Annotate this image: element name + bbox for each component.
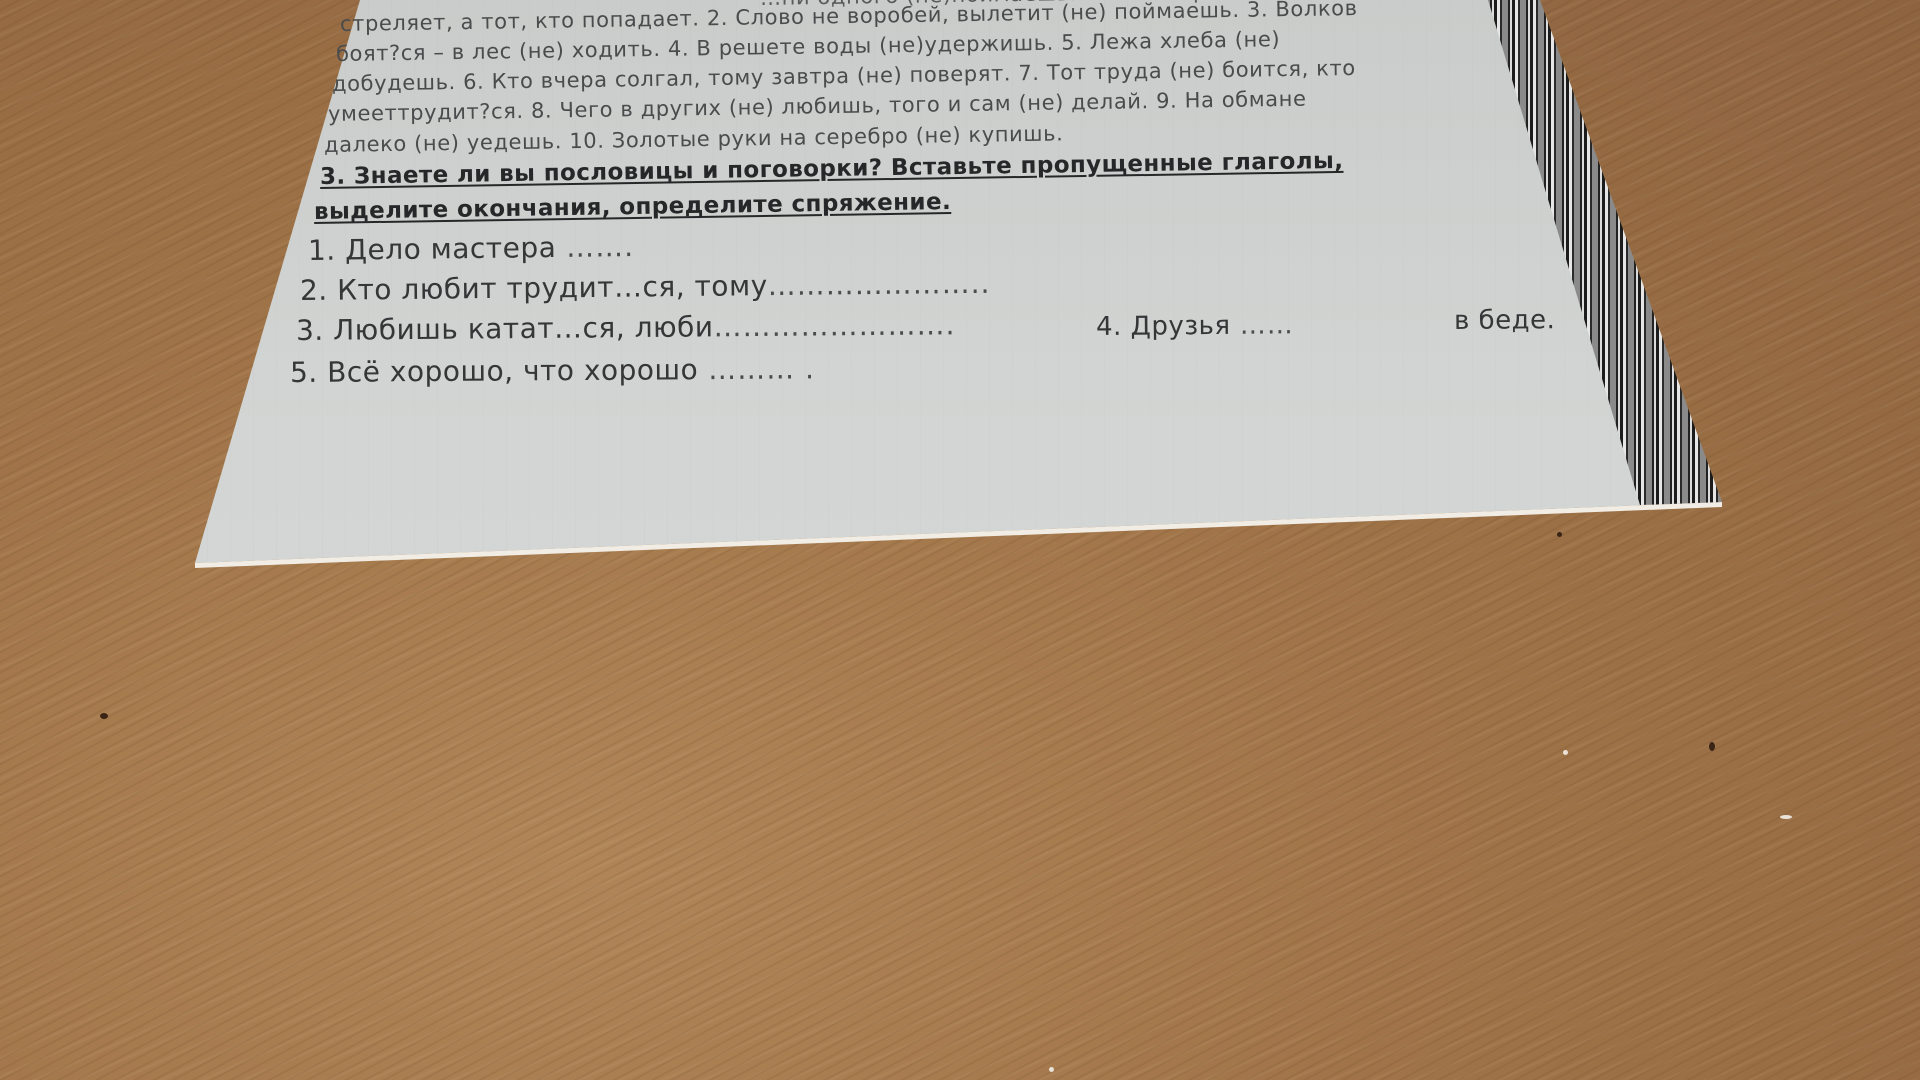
item-number: 3. (296, 314, 324, 347)
exercise-heading-line2: выделите окончания, определите спряжение… (314, 189, 952, 225)
answer-blank: …… (1230, 310, 1294, 341)
item-text: Любишь катат…ся, люби (333, 310, 714, 346)
exercise-item-4: 4. Друзья …… (1096, 310, 1294, 342)
exercise-item-2: 2. Кто любит трудит…ся, тому………………….. (300, 267, 991, 307)
item-text: Всё хорошо, что хорошо (327, 353, 698, 389)
item-number: 5. (290, 356, 318, 389)
answer-blank: ……………………. (713, 308, 955, 343)
item-number: 1. (308, 234, 336, 267)
answer-blank: ……… . (698, 352, 815, 386)
item-text: Дело мастера (345, 231, 557, 267)
exercise-item-1: 1. Дело мастера ……. (308, 230, 635, 267)
item-text: Друзья (1130, 311, 1230, 342)
item-text: Кто любит трудит…ся, тому (337, 269, 768, 307)
exercise-item-3: 3. Любишь катат…ся, люби……………………. (296, 308, 956, 347)
item-number: 2. (300, 274, 328, 307)
worksheet-text: …ни одного (не)поймаешь. Не тот стрелок,… (0, 0, 1920, 1080)
previous-exercise-line: далеко (не) уедешь. 10. Золотые руки на … (324, 121, 1064, 157)
answer-blank: ……. (556, 230, 634, 264)
item-number: 4. (1096, 312, 1122, 342)
answer-blank: ………………….. (767, 267, 990, 302)
exercise-item-4-suffix: в беде. (1454, 305, 1556, 336)
exercise-item-5: 5. Всё хорошо, что хорошо ……… . (290, 352, 815, 389)
